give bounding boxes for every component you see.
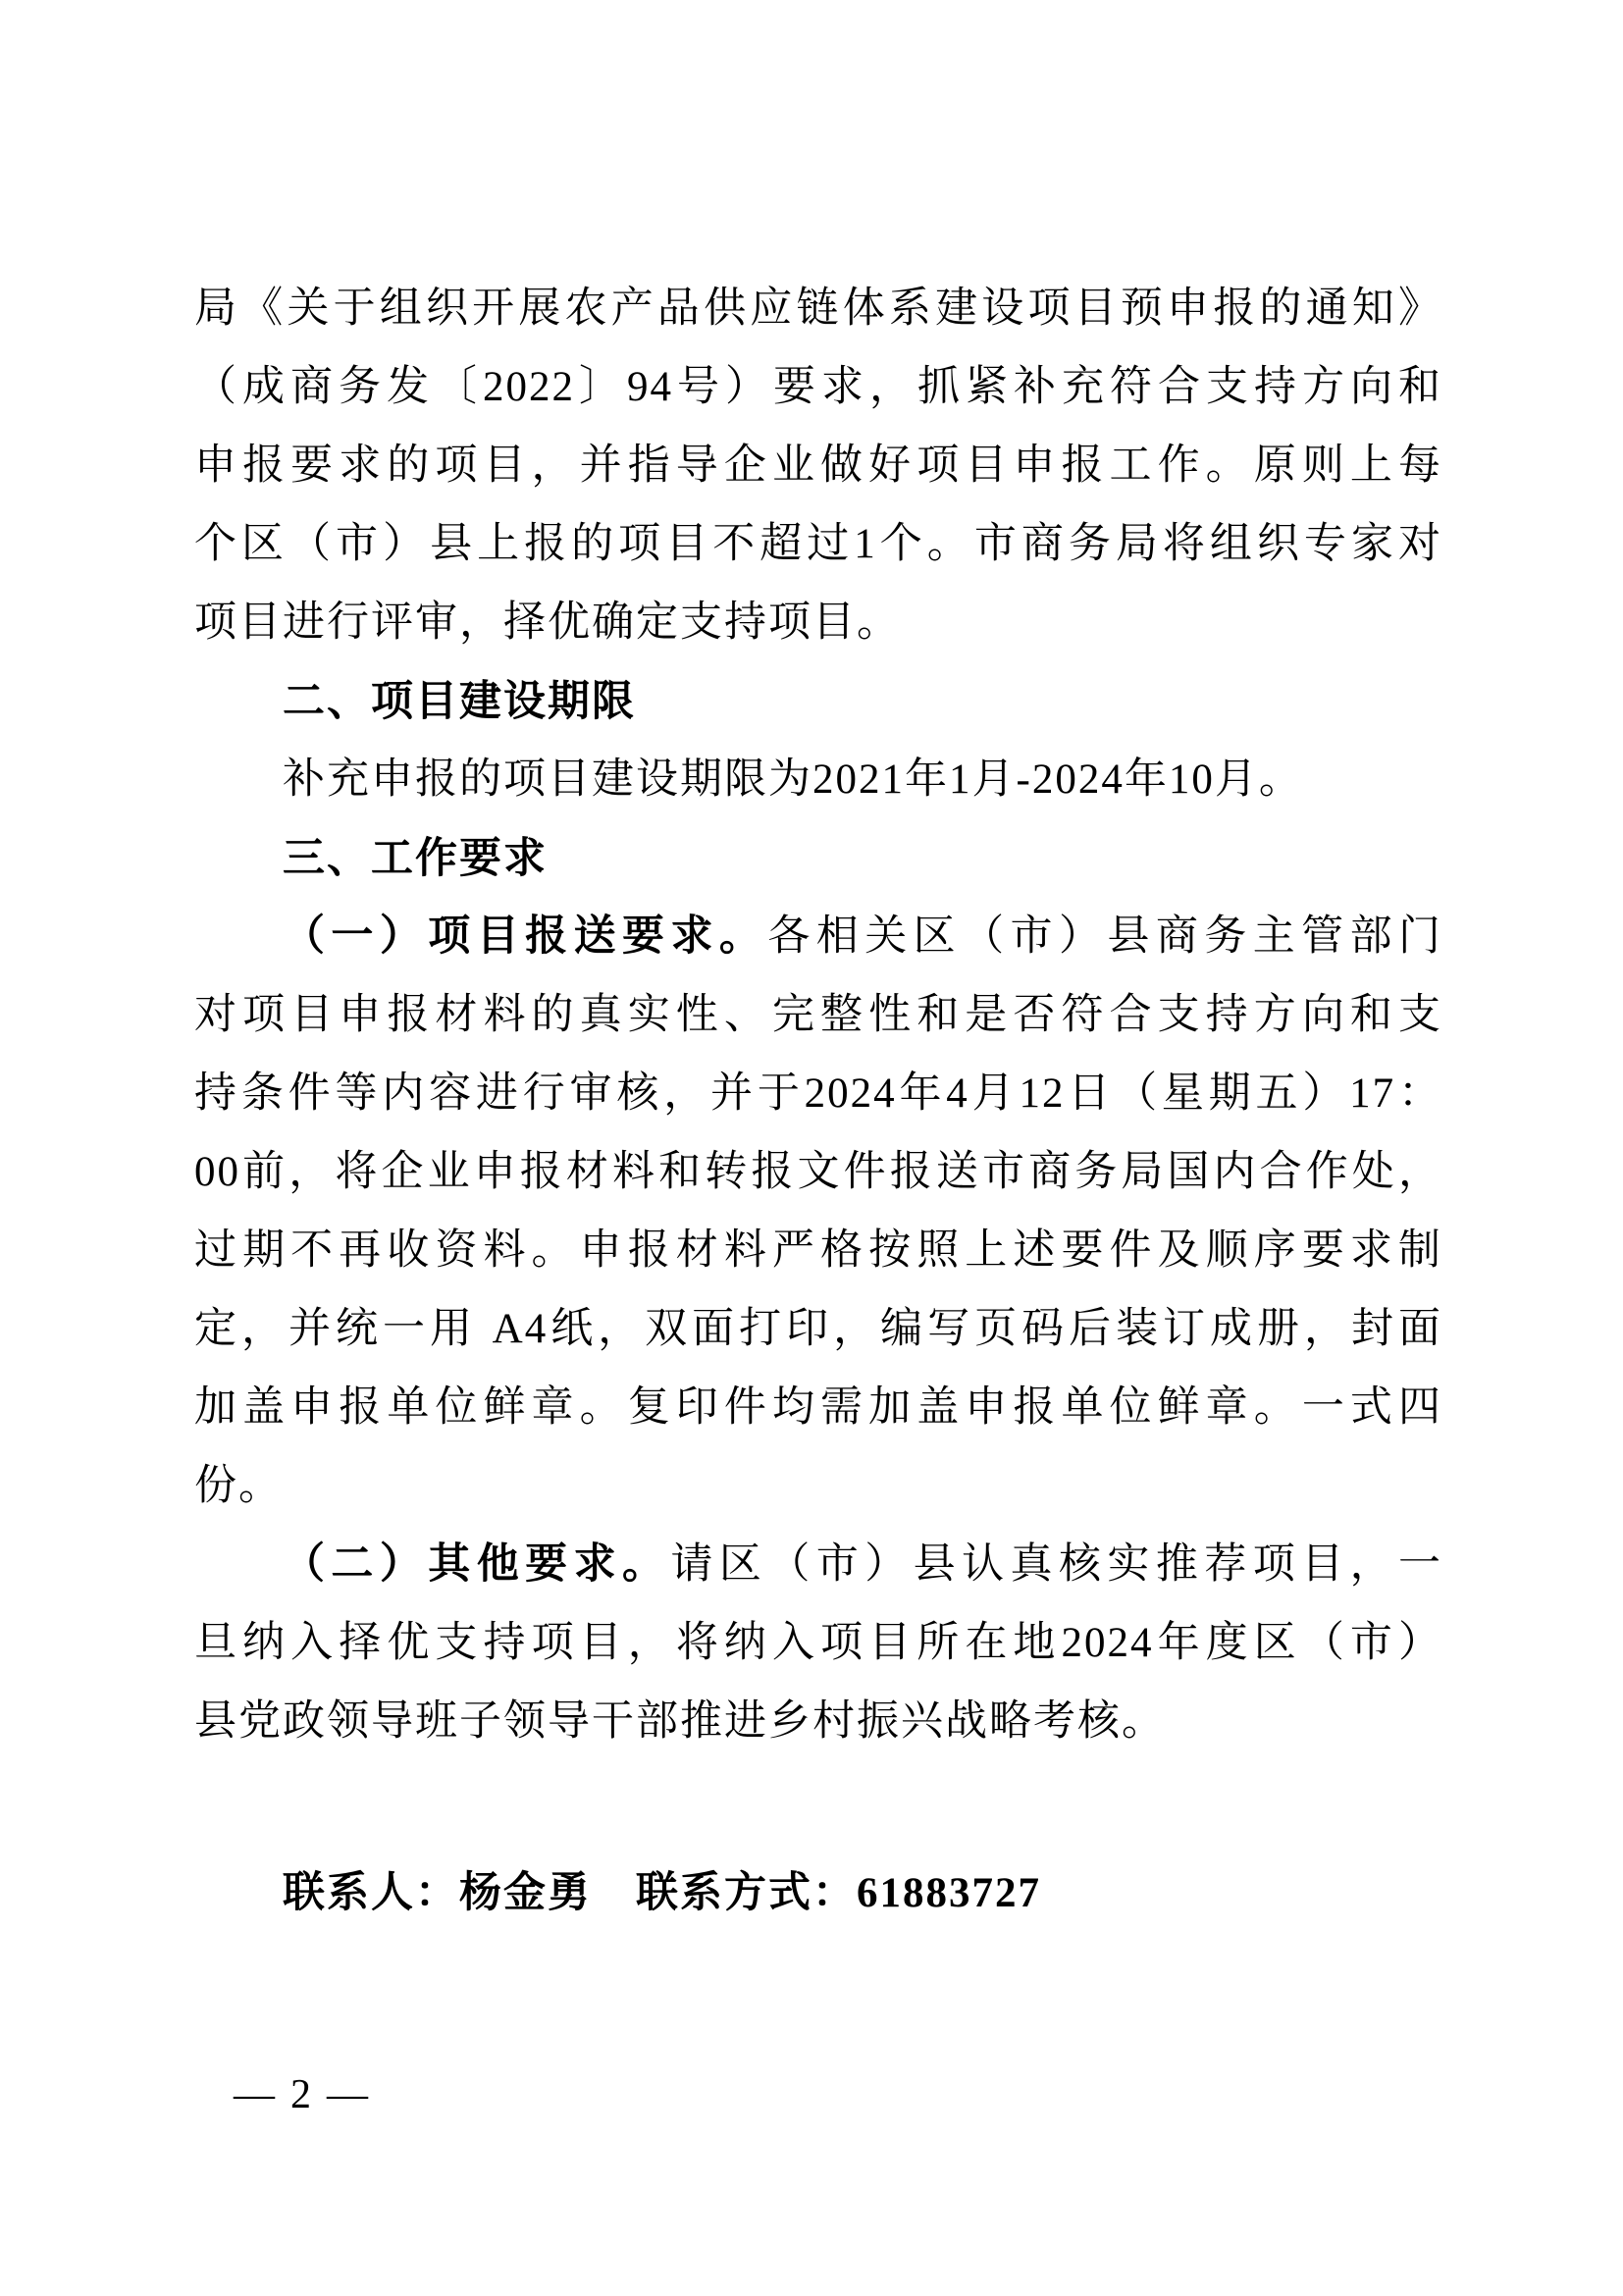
text-line: 项目进行评审，择优确定支持项目。 (194, 584, 1442, 662)
text-line: 补充申报的项目建设期限为2021年1月-2024年10月。 (194, 741, 1442, 819)
text-segment: 00前，将企业申报材料和转报文件报送市商务局国内合作处， (194, 1149, 1442, 1195)
text-segment: 过期不再收资料。申报材料严格按照上述要件及顺序要求制 (194, 1227, 1442, 1274)
text-segment: 补充申报的项目建设期限为2021年1月-2024年10月。 (283, 757, 1303, 803)
text-segment: 加盖申报单位鲜章。复印件均需加盖申报单位鲜章。一式四 (194, 1384, 1442, 1431)
text-segment: 各相关区（市）县商务主管部门 (767, 913, 1442, 960)
text-segment: 旦纳入择优支持项目，将纳入项目所在地2024年度区（市） (194, 1620, 1442, 1666)
text-line: （二）其他要求。请区（市）县认真核实推荐项目，一 (194, 1526, 1442, 1604)
text-segment: （一）项目报送要求。 (283, 913, 767, 960)
section-heading: 三、工作要求 (194, 819, 1442, 898)
text-line: 个区（市）县上报的项目不超过1个。市商务局将组织专家对 (194, 505, 1442, 584)
text-segment: 三、工作要求 (283, 835, 548, 882)
text-segment: （成商务发〔2022〕94号）要求，抓紧补充符合支持方向和 (194, 364, 1442, 410)
text-segment: 二、项目建设期限 (283, 678, 636, 725)
text-line: 持条件等内容进行审核，并于2024年4月12日（星期五）17： (194, 1055, 1442, 1133)
text-segment: 个区（市）县上报的项目不超过1个。市商务局将组织专家对 (194, 521, 1442, 567)
document-body: 局《关于组织开展农产品供应链体系建设项目预申报的通知》（成商务发〔2022〕94… (194, 270, 1442, 1933)
footer-dash-left: — (234, 2072, 275, 2117)
footer-dash-right: — (327, 2072, 368, 2117)
text-line: 局《关于组织开展农产品供应链体系建设项目预申报的通知》 (194, 270, 1442, 348)
text-segment: 定，并统一用 A4纸，双面打印，编写页码后装订成册，封面 (194, 1306, 1442, 1352)
text-line: 份。 (194, 1447, 1442, 1526)
text-line: 旦纳入择优支持项目，将纳入项目所在地2024年度区（市） (194, 1604, 1442, 1683)
text-segment: 请区（市）县认真核实推荐项目，一 (670, 1541, 1442, 1588)
text-line: 县党政领导班子领导干部推进乡村振兴战略考核。 (194, 1683, 1442, 1761)
text-segment: 项目进行评审，择优确定支持项目。 (194, 600, 901, 646)
text-segment: 申报要求的项目，并指导企业做好项目申报工作。原则上每 (194, 443, 1442, 489)
spacer-line (194, 1761, 1442, 1854)
text-line: 00前，将企业申报材料和转报文件报送市商务局国内合作处， (194, 1133, 1442, 1212)
page-footer: —2— (234, 2072, 368, 2117)
contact-line: 联系人：杨金勇 联系方式：61883727 (194, 1854, 1442, 1933)
text-segment: 持条件等内容进行审核，并于2024年4月12日（星期五）17： (194, 1070, 1442, 1117)
text-line: 加盖申报单位鲜章。复印件均需加盖申报单位鲜章。一式四 (194, 1369, 1442, 1447)
text-segment: 县党政领导班子领导干部推进乡村振兴战略考核。 (194, 1698, 1166, 1745)
text-segment: 份。 (194, 1463, 283, 1509)
text-segment: 对项目申报材料的真实性、完整性和是否符合支持方向和支 (194, 992, 1442, 1038)
text-line: 申报要求的项目，并指导企业做好项目申报工作。原则上每 (194, 427, 1442, 505)
text-segment: （二）其他要求。 (283, 1541, 670, 1588)
document-page: 局《关于组织开展农产品供应链体系建设项目预申报的通知》（成商务发〔2022〕94… (0, 0, 1623, 2296)
text-line: （成商务发〔2022〕94号）要求，抓紧补充符合支持方向和 (194, 348, 1442, 427)
text-line: 对项目申报材料的真实性、完整性和是否符合支持方向和支 (194, 976, 1442, 1055)
section-heading: 二、项目建设期限 (194, 662, 1442, 741)
text-segment: 局《关于组织开展农产品供应链体系建设项目预申报的通知》 (194, 286, 1442, 332)
text-segment: 联系人：杨金勇 联系方式：61883727 (283, 1870, 1041, 1916)
text-line: 过期不再收资料。申报材料严格按照上述要件及顺序要求制 (194, 1212, 1442, 1290)
text-line: （一）项目报送要求。各相关区（市）县商务主管部门 (194, 898, 1442, 976)
text-line: 定，并统一用 A4纸，双面打印，编写页码后装订成册，封面 (194, 1290, 1442, 1369)
footer-page-number: 2 (290, 2072, 311, 2117)
